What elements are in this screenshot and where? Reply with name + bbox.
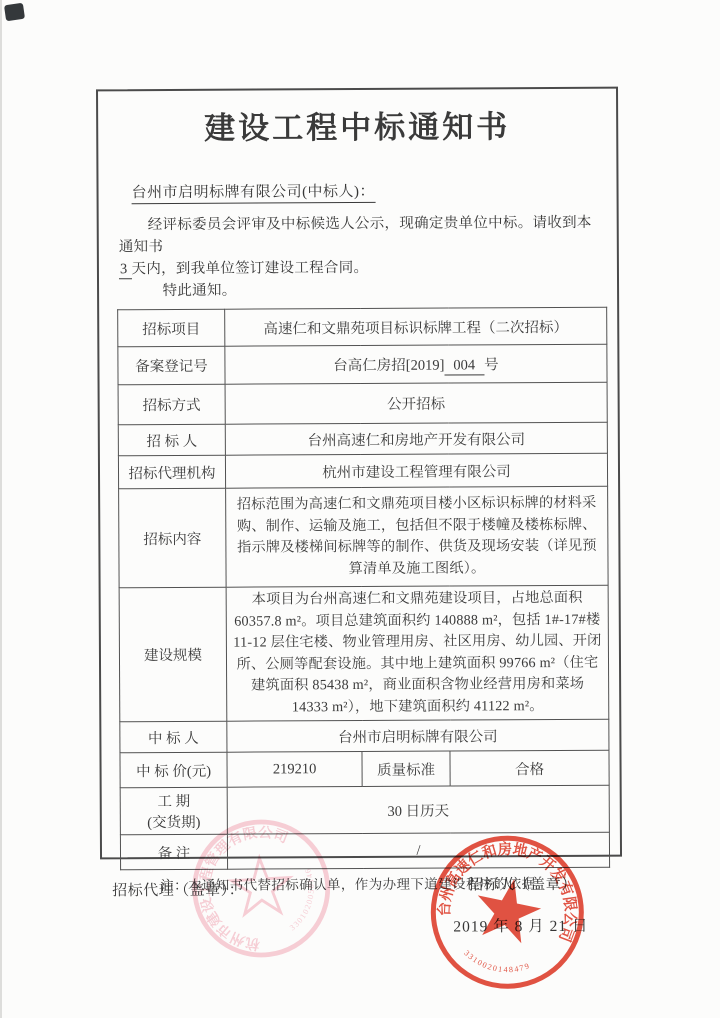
table-row-price-quality: 中 标 价(元) 219210 质量标准 合格: [120, 750, 609, 788]
table-row-scale: 建设规模 本项目为台州高速仁和文鼎苑建设项目，占地总面积 60357.8 m²。…: [119, 585, 609, 722]
row-label: 工 期 (交货期): [120, 787, 227, 835]
row-value: 招标范围为高速仁和文鼎苑项目楼小区标识标牌的材料采购、制作、运输及施工，包括但不…: [226, 486, 609, 587]
table-row-project: 招标项目 高速仁和文鼎苑项目标识标牌工程（二次招标）: [118, 307, 607, 347]
quality-label: 质量标准: [362, 751, 450, 786]
registration-suffix: 号: [484, 357, 499, 373]
registration-prefix: 台高仁房招[2019]: [333, 358, 444, 375]
duration-label-line1: 工 期: [125, 790, 223, 812]
date-line: 2019 年 8 月 21 日: [453, 914, 588, 937]
row-value: 公开招标: [225, 382, 607, 424]
days-number: 3: [119, 261, 132, 279]
svg-text:3310020148479: 3310020148479: [460, 947, 533, 980]
table-row-agency: 招标代理机构 杭州市建设工程管理有限公司: [118, 453, 607, 489]
row-label: 备案登记号: [118, 346, 225, 385]
table-row-duration: 工 期 (交货期) 30 日历天: [120, 785, 609, 835]
row-value: 台州高速仁和房地产开发有限公司: [225, 422, 607, 455]
row-value: 台高仁房招[2019]004号: [225, 344, 607, 384]
table-row-winner: 中 标 人 台州市启明标牌有限公司: [120, 719, 609, 753]
row-label: 招标项目: [118, 309, 225, 347]
tenderer-seal-label: 招标人（盖章）: [468, 873, 577, 895]
addressee-text: 台州市启明标牌有限公司(中标人)：: [132, 184, 376, 204]
row-value: 本项目为台州高速仁和文鼎苑建设项目，占地总面积 60357.8 m²。项目总建筑…: [226, 585, 609, 721]
table-row-remarks: 备 注 /: [120, 832, 609, 870]
table-row-method: 招标方式 公开招标: [118, 382, 607, 425]
document-frame: 建设工程中标通知书 台州市启明标牌有限公司(中标人)： 经评标委员会评审及中标候…: [96, 87, 622, 860]
row-label: 招标方式: [118, 384, 225, 425]
addressee-line: 台州市启明标牌有限公司(中标人)：: [131, 179, 616, 203]
registration-number: 004: [444, 357, 484, 375]
paragraph-line2: 3天内，到我单位签订建设工程合同。: [119, 256, 599, 281]
table-row-tenderer: 招 标 人 台州高速仁和房地产开发有限公司: [118, 422, 607, 456]
document-sheet: 建设工程中标通知书 台州市启明标牌有限公司(中标人)： 经评标委员会评审及中标候…: [0, 0, 720, 1018]
row-label: 中 标 人: [120, 721, 227, 753]
bid-info-table: 招标项目 高速仁和文鼎苑项目标识标牌工程（二次招标） 备案登记号 台高仁房招[2…: [117, 307, 610, 871]
table-row-registration: 备案登记号 台高仁房招[2019]004号: [118, 344, 607, 385]
paragraph-line3: 特此通知。: [119, 278, 599, 303]
row-value: /: [227, 832, 609, 869]
row-label: 招标内容: [119, 488, 227, 588]
row-label: 中 标 价(元): [120, 752, 227, 788]
row-label: 招标代理机构: [118, 455, 225, 489]
paragraph-line2-text: 天内，到我单位签订建设工程合同。: [131, 260, 368, 277]
seal-serial-text: 3310020148479: [460, 947, 533, 980]
row-label: 建设规模: [119, 587, 227, 722]
row-label: 备 注: [120, 834, 227, 870]
row-value: 高速仁和文鼎苑项目标识标牌工程（二次招标）: [225, 307, 607, 346]
quality-value: 合格: [450, 750, 609, 786]
page-title: 建设工程中标通知书: [98, 101, 616, 149]
row-value: 30 日历天: [227, 785, 609, 834]
duration-label-line2: (交货期): [125, 811, 223, 833]
row-label: 招 标 人: [118, 424, 225, 456]
agent-seal-label: 招标代理（盖章）：: [112, 879, 244, 901]
table-row-scope: 招标内容 招标范围为高速仁和文鼎苑项目楼小区标识标牌的材料采购、制作、运输及施工…: [119, 486, 609, 588]
row-value: 台州市启明标牌有限公司: [227, 719, 609, 752]
row-value: 杭州市建设工程管理有限公司: [225, 453, 607, 488]
paragraph-line1: 经评标委员会评审及中标候选人公示，现确定贵单位中标。请收到本通知书: [119, 212, 599, 259]
bid-price-value: 219210: [227, 751, 362, 787]
notice-paragraph: 经评标委员会评审及中标候选人公示，现确定贵单位中标。请收到本通知书 3天内，到我…: [119, 212, 599, 303]
